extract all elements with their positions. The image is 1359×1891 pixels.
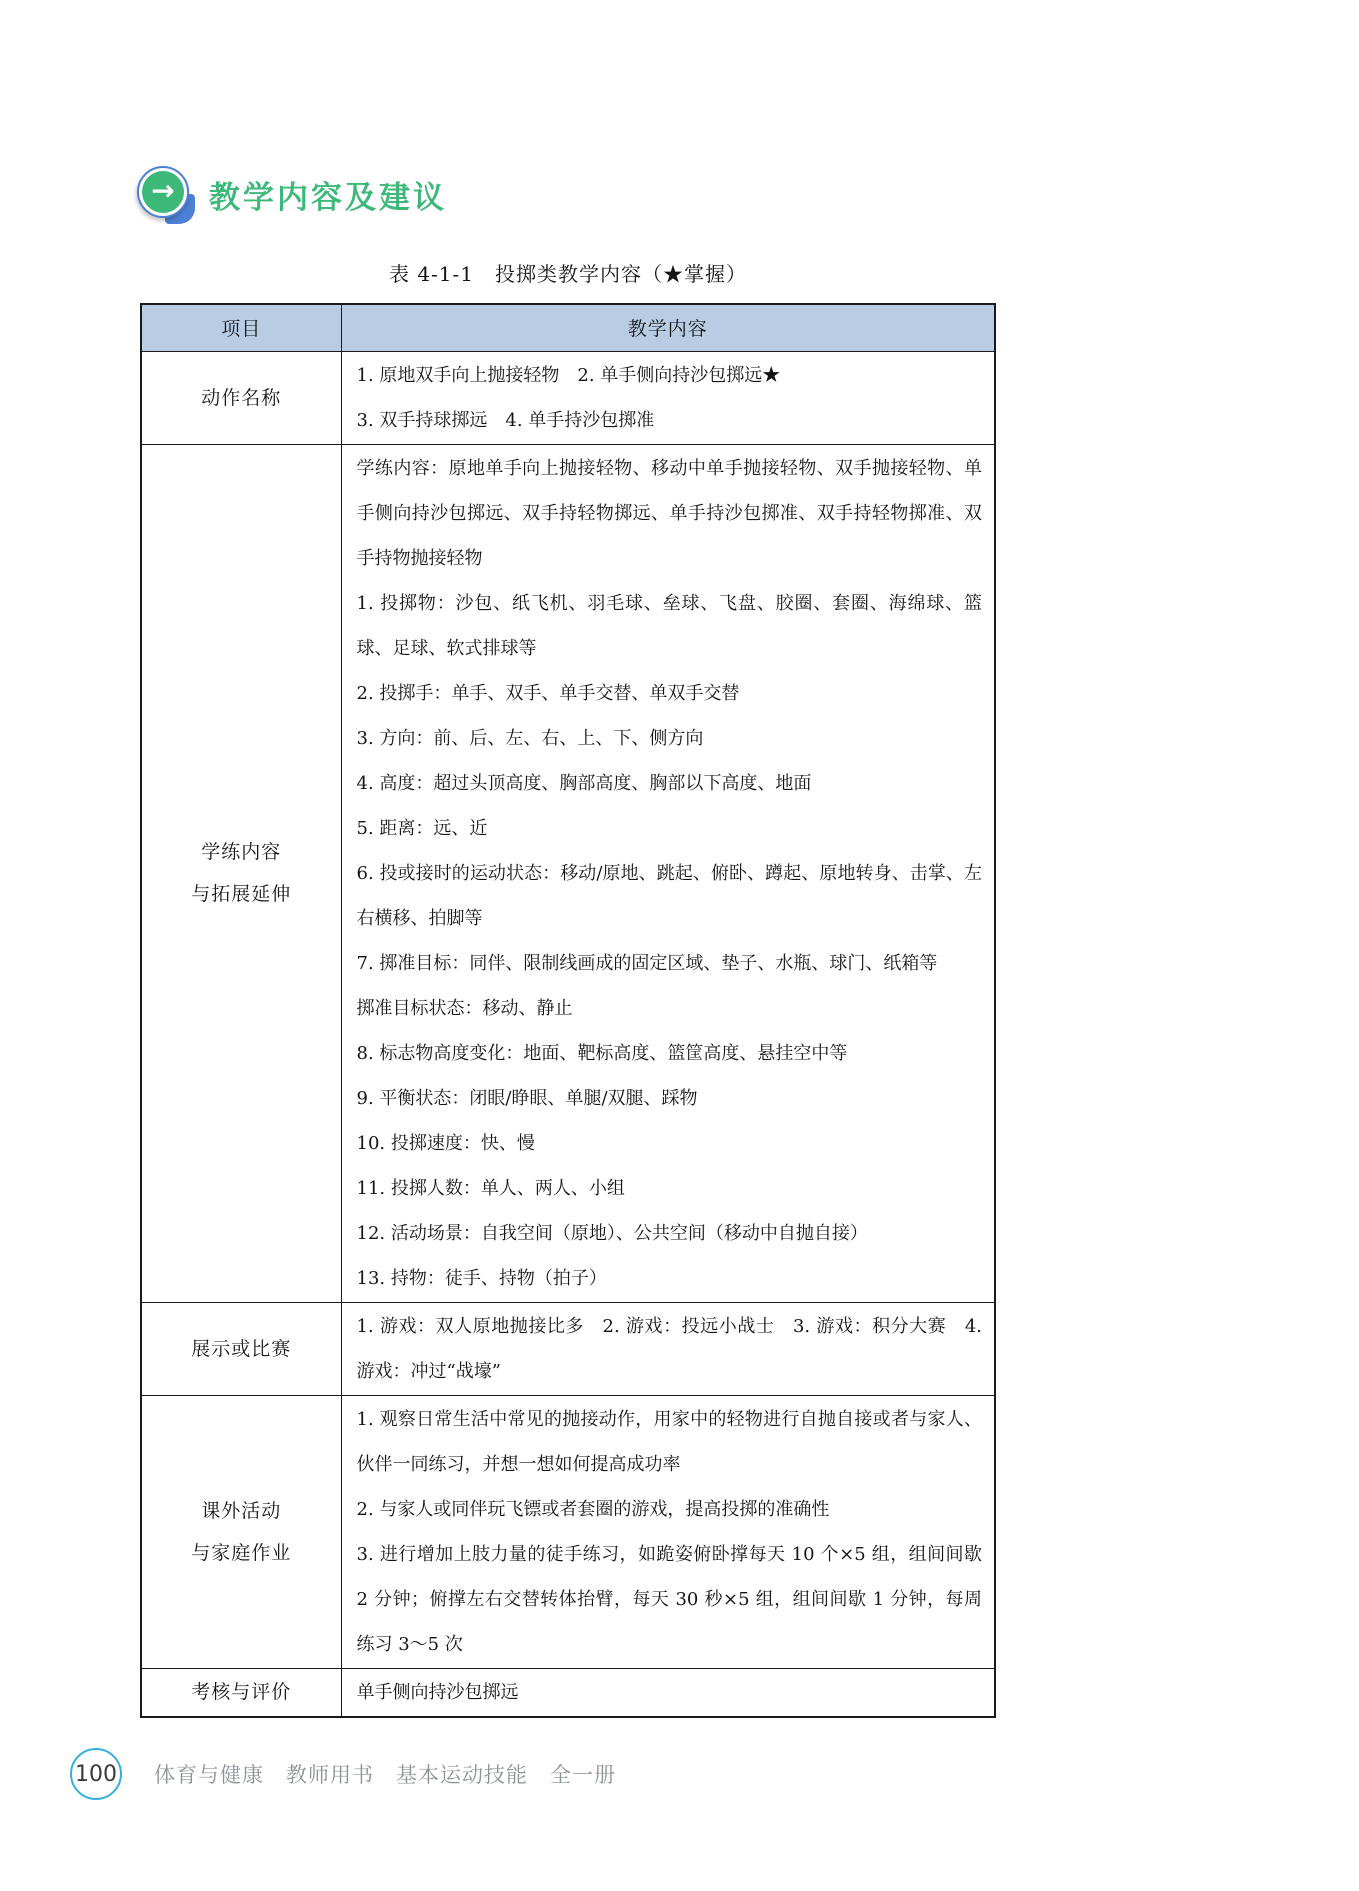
row-content: 单手侧向持沙包掷远: [341, 1668, 995, 1717]
content-line: 9. 平衡状态：闭眼/睁眼、单腿/双腿、踩物: [357, 1076, 983, 1121]
content-line: 13. 持物：徒手、持物（拍子）: [357, 1256, 983, 1301]
table-row-action-names: 动作名称 1. 原地双手向上抛接轻物 2. 单手侧向持沙包掷远★ 3. 双手持球…: [141, 351, 995, 444]
section-header: → 教学内容及建议: [135, 162, 447, 226]
content-line: 3. 方向：前、后、左、右、上、下、侧方向: [357, 716, 983, 761]
book-info: 体育与健康 教师用书 基本运动技能 全一册: [154, 1759, 616, 1789]
row-content: 1. 观察日常生活中常见的抛接动作，用家中的轻物进行自抛自接或者与家人、伙伴一同…: [341, 1395, 995, 1668]
content-line: 10. 投掷速度：快、慢: [357, 1121, 983, 1166]
table-row-practice-content: 学练内容 与拓展延伸 学练内容：原地单手向上抛接轻物、移动中单手抛接轻物、双手抛…: [141, 444, 995, 1302]
content-line: 12. 活动场景：自我空间（原地）、公共空间（移动中自抛自接）: [357, 1211, 983, 1256]
column-header-teaching-content: 教学内容: [341, 304, 995, 351]
row-label-line: 展示或比赛: [143, 1328, 340, 1370]
row-label-line: 动作名称: [143, 377, 340, 419]
row-label: 学练内容 与拓展延伸: [141, 444, 341, 1302]
content-line: 1. 投掷物：沙包、纸飞机、羽毛球、垒球、飞盘、胶圈、套圈、海绵球、篮球、足球、…: [357, 581, 983, 671]
row-content: 学练内容：原地单手向上抛接轻物、移动中单手抛接轻物、双手抛接轻物、单手侧向持沙包…: [341, 444, 995, 1302]
content-line: 4. 高度：超过头顶高度、胸部高度、胸部以下高度、地面: [357, 761, 983, 806]
content-line: 2. 投掷手：单手、双手、单手交替、单双手交替: [357, 671, 983, 716]
column-header-item: 项目: [141, 304, 341, 351]
row-content: 1. 原地双手向上抛接轻物 2. 单手侧向持沙包掷远★ 3. 双手持球掷远 4.…: [341, 351, 995, 444]
row-label-line: 课外活动: [143, 1490, 340, 1532]
content-line: 3. 进行增加上肢力量的徒手练习，如跪姿俯卧撑每天 10 个×5 组，组间间歇 …: [357, 1532, 983, 1667]
arrow-right-icon: →: [142, 171, 184, 213]
row-label: 考核与评价: [141, 1668, 341, 1717]
section-title: 教学内容及建议: [209, 172, 447, 217]
arrow-circle-icon: →: [135, 162, 197, 226]
content-line: 2. 与家人或同伴玩飞镖或者套圈的游戏，提高投掷的准确性: [357, 1487, 983, 1532]
content-line: 1. 游戏：双人原地抛接比多 2. 游戏：投远小战士 3. 游戏：积分大赛 4.…: [357, 1304, 983, 1394]
content-line: 学练内容：原地单手向上抛接轻物、移动中单手抛接轻物、双手抛接轻物、单手侧向持沙包…: [357, 446, 983, 581]
row-label-line: 考核与评价: [143, 1671, 340, 1713]
table-row-homework: 课外活动 与家庭作业 1. 观察日常生活中常见的抛接动作，用家中的轻物进行自抛自…: [141, 1395, 995, 1668]
page-number-badge: 100: [70, 1748, 122, 1800]
row-label-line: 与家庭作业: [143, 1532, 340, 1574]
content-line: 1. 原地双手向上抛接轻物 2. 单手侧向持沙包掷远★: [357, 353, 983, 398]
content-line: 11. 投掷人数：单人、两人、小组: [357, 1166, 983, 1211]
row-content: 1. 游戏：双人原地抛接比多 2. 游戏：投远小战士 3. 游戏：积分大赛 4.…: [341, 1302, 995, 1395]
row-label: 动作名称: [141, 351, 341, 444]
content-line: 8. 标志物高度变化：地面、靶标高度、篮筐高度、悬挂空中等: [357, 1031, 983, 1076]
row-label-line: 学练内容: [143, 831, 340, 873]
row-label: 展示或比赛: [141, 1302, 341, 1395]
content-line: 1. 观察日常生活中常见的抛接动作，用家中的轻物进行自抛自接或者与家人、伙伴一同…: [357, 1397, 983, 1487]
content-line: 单手侧向持沙包掷远: [357, 1670, 983, 1715]
row-label: 课外活动 与家庭作业: [141, 1395, 341, 1668]
table-row-assessment: 考核与评价 单手侧向持沙包掷远: [141, 1668, 995, 1717]
page-footer: 100 体育与健康 教师用书 基本运动技能 全一册: [70, 1748, 616, 1800]
content-line: 掷准目标状态：移动、静止: [357, 986, 983, 1031]
table-row-show-or-compete: 展示或比赛 1. 游戏：双人原地抛接比多 2. 游戏：投远小战士 3. 游戏：积…: [141, 1302, 995, 1395]
table-caption: 表 4-1-1 投掷类教学内容（★掌握）: [140, 258, 996, 287]
icon-ring: →: [137, 166, 189, 218]
content-line: 6. 投或接时的运动状态：移动/原地、跳起、俯卧、蹲起、原地转身、击掌、左右横移…: [357, 851, 983, 941]
table-header-row: 项目 教学内容: [141, 304, 995, 351]
teaching-content-table: 项目 教学内容 动作名称 1. 原地双手向上抛接轻物 2. 单手侧向持沙包掷远★…: [140, 303, 996, 1718]
content-line: 7. 掷准目标：同伴、限制线画成的固定区域、垫子、水瓶、球门、纸箱等: [357, 941, 983, 986]
row-label-line: 与拓展延伸: [143, 873, 340, 915]
content-line: 3. 双手持球掷远 4. 单手持沙包掷准: [357, 398, 983, 443]
content-line: 5. 距离：远、近: [357, 806, 983, 851]
